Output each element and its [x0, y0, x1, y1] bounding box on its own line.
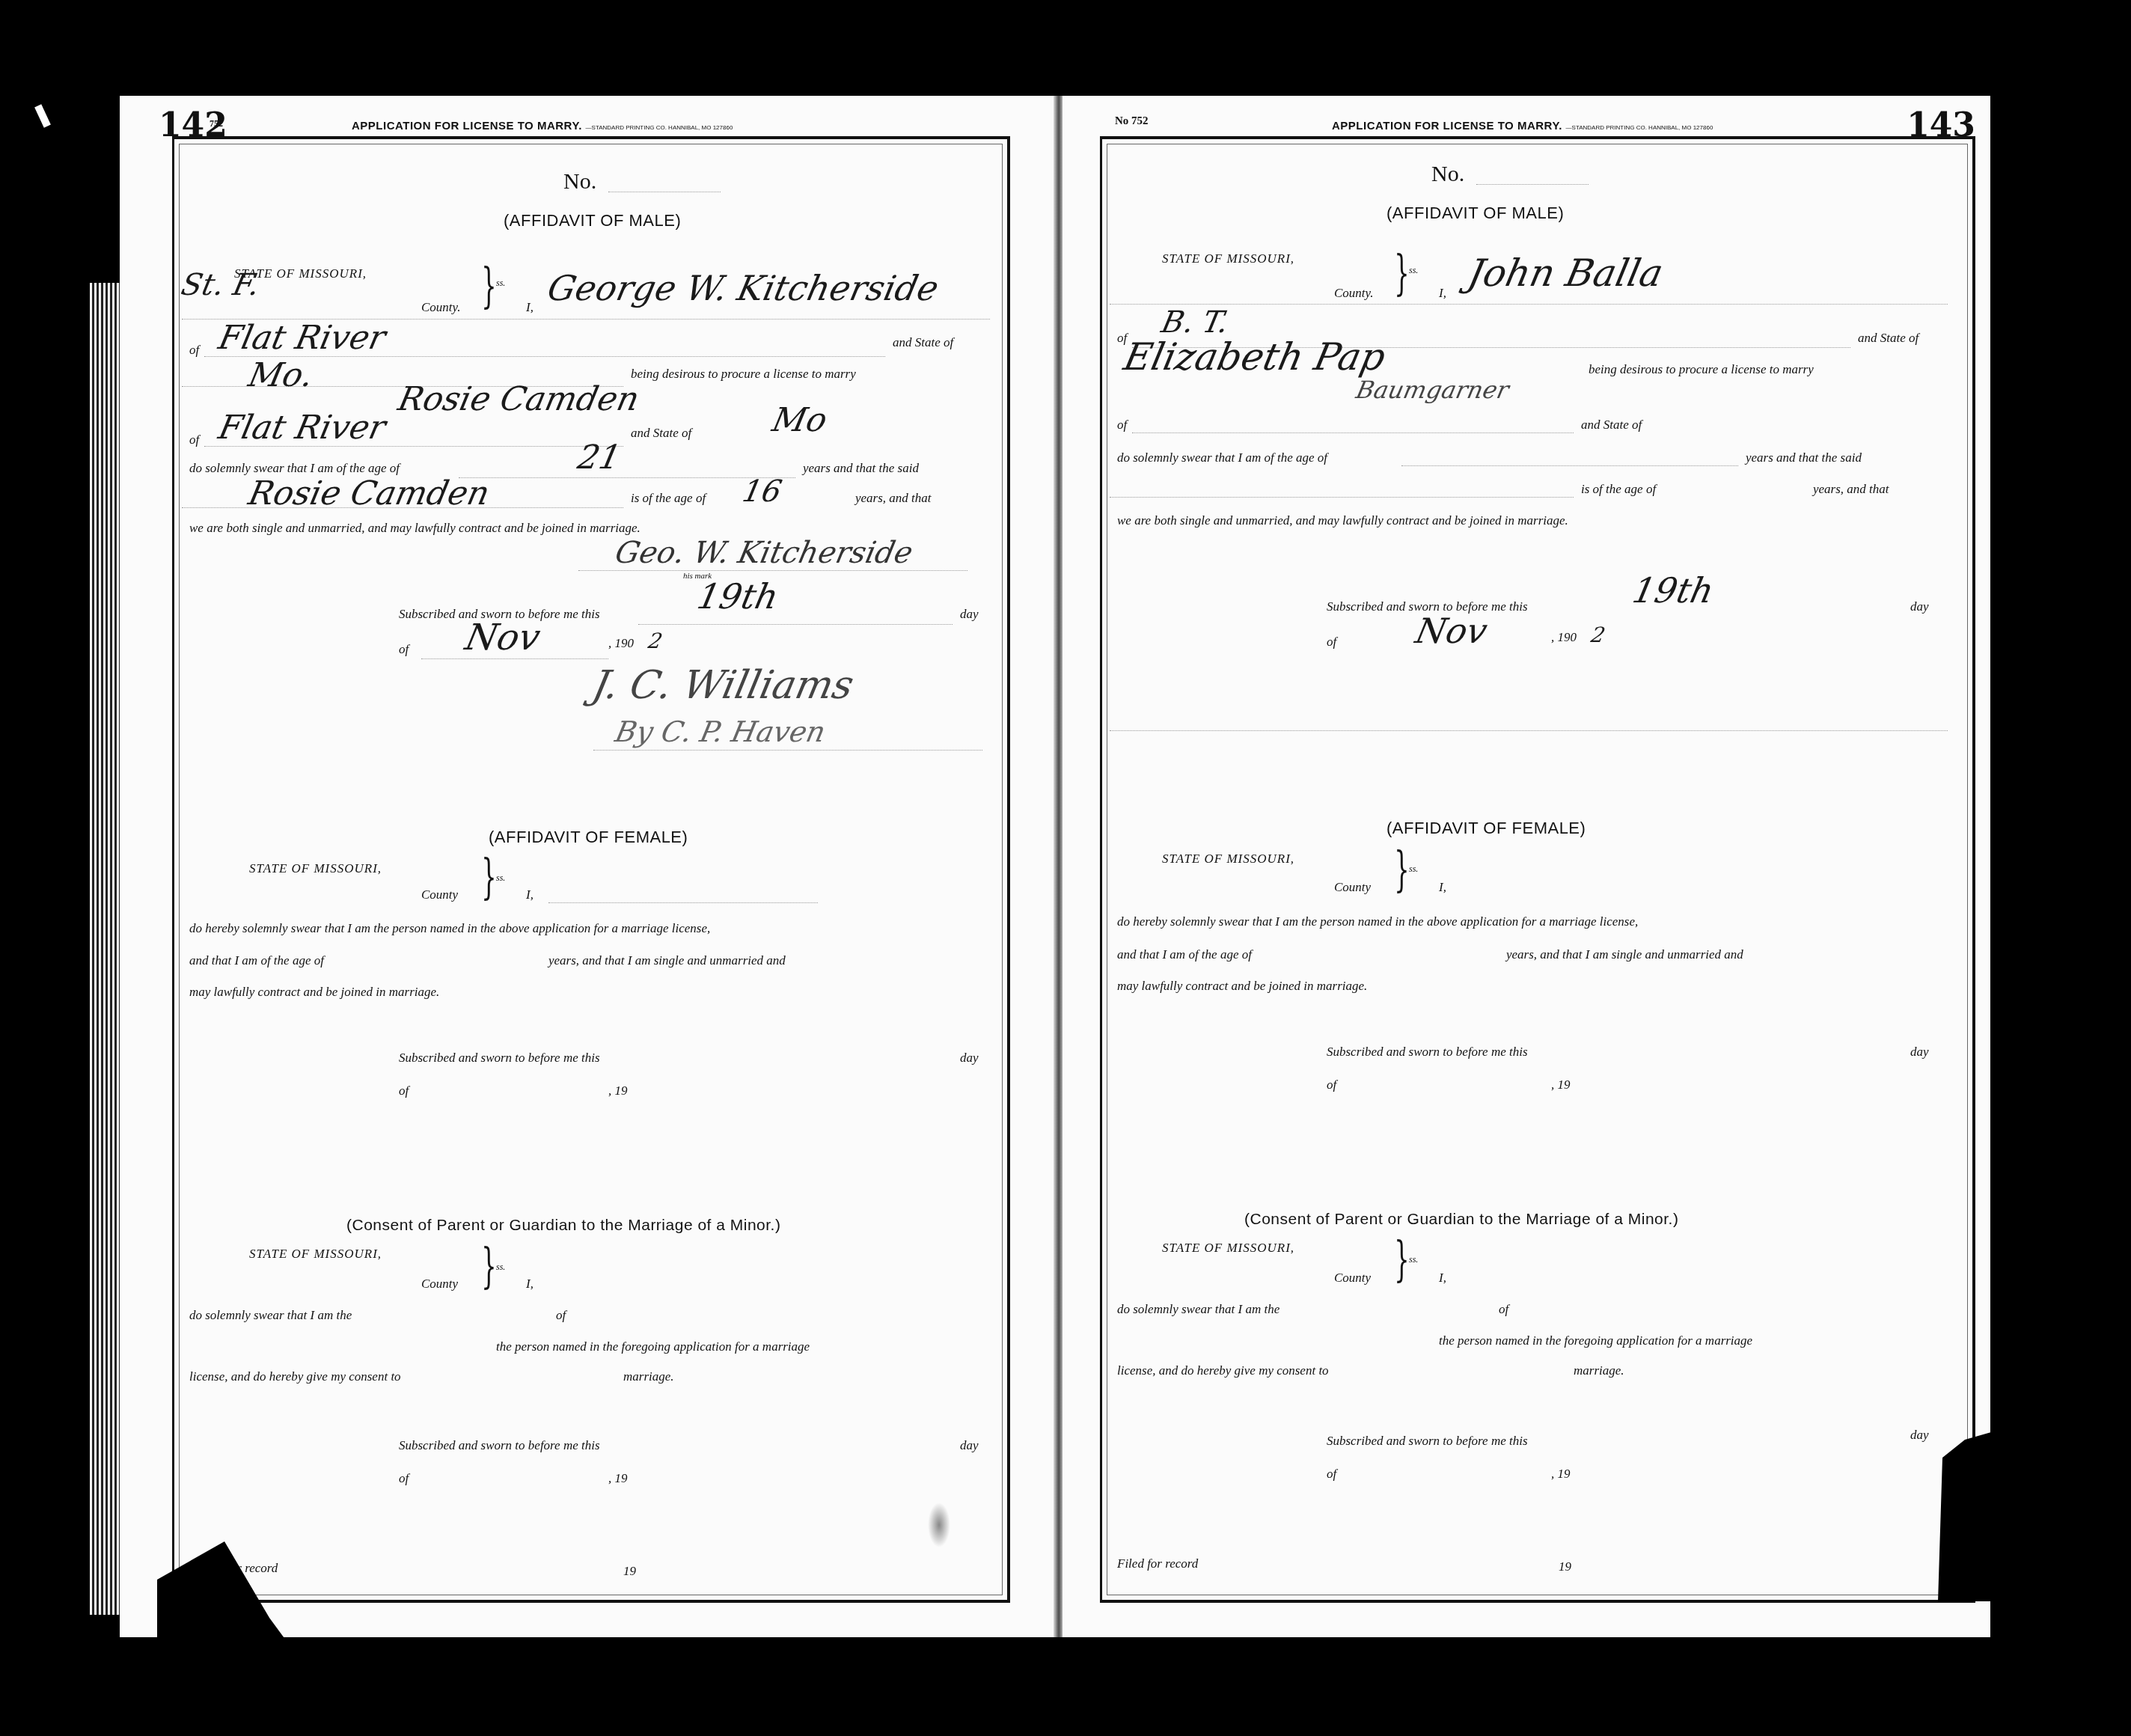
- form-header: APPLICATION FOR LICENSE TO MARRY. —STAND…: [1332, 120, 1713, 132]
- female-line-2b: years, and that I am single and unmarrie…: [1506, 947, 1743, 962]
- year-prefix: , 19: [608, 1084, 628, 1098]
- register-book-spread: 142 752 APPLICATION FOR LICENSE TO MARRY…: [120, 96, 2013, 1637]
- consent-line-3b: marriage.: [623, 1369, 674, 1384]
- printer-line: —STANDARD PRINTING CO. HANNIBAL, MO 1278…: [586, 124, 733, 131]
- of-label: of: [189, 433, 199, 447]
- bride-state: Mo: [769, 401, 831, 439]
- applicant-residence: Flat River: [215, 319, 389, 357]
- is-of-age-label: is of the age of: [1581, 482, 1656, 497]
- form-number-small: 752: [210, 118, 223, 129]
- female-affidavit-heading: (AFFIDAVIT OF FEMALE): [1386, 819, 1586, 838]
- male-affidavit-heading: (AFFIDAVIT OF MALE): [1386, 204, 1564, 223]
- form-frame: No. (AFFIDAVIT OF MALE) STATE OF MISSOUR…: [1100, 136, 1975, 1603]
- bride-name: Elizabeth Pap: [1120, 335, 1389, 379]
- county-label: County: [1334, 880, 1371, 895]
- is-of-age-label: is of the age of: [631, 491, 706, 506]
- county-label: County.: [1334, 286, 1373, 301]
- female-line-1: do hereby solemnly swear that I am the p…: [189, 921, 710, 936]
- brace: }: [1394, 846, 1409, 894]
- consent-line-3b: marriage.: [1574, 1363, 1624, 1378]
- bride-age: 16: [739, 474, 785, 509]
- form-title: APPLICATION FOR LICENSE TO MARRY.: [352, 120, 582, 132]
- county-handwritten: St. F.: [178, 268, 263, 302]
- subscribed-text: Subscribed and sworn to before me this: [1327, 1434, 1528, 1449]
- female-line-3: may lawfully contract and be joined in m…: [189, 985, 439, 1000]
- county-label: County.: [421, 300, 460, 315]
- consent-line-1a: do solemnly swear that I am the: [1117, 1302, 1279, 1317]
- applicant-name: John Balla: [1464, 251, 1667, 295]
- state-label: STATE OF MISSOURI,: [249, 861, 382, 876]
- of-label: of: [1327, 1078, 1336, 1092]
- state-label: STATE OF MISSOURI,: [1162, 1241, 1294, 1256]
- of-label: of: [189, 343, 199, 358]
- printer-line: —STANDARD PRINTING CO. HANNIBAL, MO 1278…: [1566, 124, 1713, 131]
- official-signature: J. C. Williams: [589, 663, 858, 708]
- day-label: day: [960, 1051, 979, 1066]
- swear-age-text: do solemnly swear that I am of the age o…: [189, 461, 400, 476]
- years-and-that-label: years, and that: [1813, 482, 1889, 497]
- sworn-month: Nov: [1412, 611, 1491, 651]
- brace: }: [481, 1243, 496, 1291]
- year-prefix: , 19: [608, 1471, 628, 1486]
- scan-artifact: [34, 104, 51, 127]
- applicant-name: George W. Kitcherside: [544, 268, 942, 308]
- female-line-3: may lawfully contract and be joined in m…: [1117, 979, 1367, 994]
- state-label: STATE OF MISSOURI,: [1162, 852, 1294, 867]
- year-prefix: , 190: [1551, 630, 1577, 645]
- county-label: County: [421, 1277, 458, 1292]
- form-title: APPLICATION FOR LICENSE TO MARRY.: [1332, 120, 1562, 132]
- i-label: I,: [1439, 286, 1446, 301]
- and-state-of-label: and State of: [1581, 418, 1642, 433]
- state-label: STATE OF MISSOURI,: [1162, 251, 1294, 266]
- county-label: County: [1334, 1271, 1371, 1286]
- bride-residence: Flat River: [215, 409, 389, 447]
- i-label: I,: [1439, 1271, 1446, 1286]
- filed-for-record-label: Filed for record: [1117, 1556, 1198, 1571]
- day-label: day: [960, 1438, 979, 1453]
- year-prefix: , 19: [1551, 1078, 1571, 1092]
- i-label: I,: [526, 887, 533, 902]
- consent-line-1a: do solemnly swear that I am the: [189, 1308, 352, 1323]
- county-label: County: [421, 887, 458, 902]
- ss-label: ss.: [1409, 864, 1418, 875]
- applicant-state: Mo.: [245, 356, 317, 394]
- day-label: day: [1910, 1045, 1929, 1060]
- female-line-1: do hereby solemnly swear that I am the p…: [1117, 914, 1638, 929]
- swear-age-text: do solemnly swear that I am of the age o…: [1117, 450, 1327, 465]
- single-text: we are both single and unmarried, and ma…: [1117, 513, 1568, 528]
- record-number-label: No.: [563, 169, 596, 195]
- ss-label: ss.: [496, 278, 505, 289]
- year-prefix: , 19: [1551, 1467, 1571, 1482]
- state-label: STATE OF MISSOURI,: [249, 1247, 382, 1262]
- sworn-day: 19th: [1629, 570, 1717, 611]
- of-label: of: [1327, 1467, 1336, 1482]
- female-line-2a: and that I am of the age of: [1117, 947, 1252, 962]
- consent-line-3a: license, and do hereby give my consent t…: [1117, 1363, 1329, 1378]
- consent-line-2: the person named in the foregoing applic…: [496, 1339, 810, 1354]
- day-label: day: [1910, 1428, 1929, 1443]
- consent-line-1b: of: [1499, 1302, 1508, 1317]
- being-desirous-label: being desirous to procure a license to m…: [631, 367, 856, 382]
- male-age: 21: [575, 438, 625, 477]
- brace: }: [481, 854, 496, 902]
- male-affidavit-heading: (AFFIDAVIT OF MALE): [504, 211, 681, 230]
- years-said-label: years and that the said: [1746, 450, 1862, 465]
- brace: }: [481, 263, 496, 311]
- of-label: of: [399, 1471, 409, 1486]
- form-frame: No. (AFFIDAVIT OF MALE) STATE OF MISSOUR…: [172, 136, 1010, 1603]
- left-page: 142 752 APPLICATION FOR LICENSE TO MARRY…: [120, 96, 1055, 1637]
- and-state-of-label: and State of: [1858, 331, 1918, 346]
- brace: }: [1394, 1236, 1409, 1284]
- years-said-label: years and that the said: [803, 461, 919, 476]
- of-label: of: [399, 1084, 409, 1098]
- right-page: 143 No 752 APPLICATION FOR LICENSE TO MA…: [1063, 96, 1990, 1637]
- ss-label: ss.: [496, 872, 505, 884]
- bride-surname-note: Baumgarner: [1354, 376, 1511, 404]
- page-edges: [90, 283, 120, 1615]
- ss-label: ss.: [1409, 1254, 1418, 1265]
- female-line-2b: years, and that I am single and unmarrie…: [548, 953, 786, 968]
- filed-year-prefix: 19: [1559, 1559, 1571, 1574]
- consent-line-1b: of: [556, 1308, 566, 1323]
- applicant-signature: Geo. W. Kitcherside: [612, 536, 916, 570]
- filed-year-prefix: 19: [623, 1564, 636, 1579]
- form-header: APPLICATION FOR LICENSE TO MARRY. —STAND…: [352, 120, 733, 132]
- and-state-of-label: and State of: [893, 335, 953, 350]
- deputy-signature: By C. P. Haven: [612, 715, 828, 748]
- brace: }: [1394, 250, 1409, 298]
- consent-heading: (Consent of Parent or Guardian to the Ma…: [346, 1217, 780, 1235]
- i-label: I,: [526, 1277, 533, 1292]
- female-affidavit-heading: (AFFIDAVIT OF FEMALE): [489, 828, 688, 847]
- scan-smudge: [928, 1503, 950, 1547]
- years-and-that-label: years, and that: [855, 491, 932, 506]
- being-desirous-label: being desirous to procure a license to m…: [1589, 362, 1814, 377]
- consent-line-3a: license, and do hereby give my consent t…: [189, 1369, 401, 1384]
- ss-label: ss.: [496, 1262, 505, 1273]
- consent-line-2: the person named in the foregoing applic…: [1439, 1333, 1752, 1348]
- of-label: of: [1117, 331, 1127, 346]
- subscribed-text: Subscribed and sworn to before me this: [1327, 1045, 1528, 1060]
- day-label: day: [1910, 599, 1929, 614]
- and-state-of-label: and State of: [631, 426, 691, 441]
- of-label: of: [399, 642, 409, 657]
- female-line-2a: and that I am of the age of: [189, 953, 324, 968]
- record-number-label: No.: [1431, 162, 1464, 187]
- sworn-month: Nov: [462, 617, 544, 658]
- i-label: I,: [526, 300, 533, 315]
- day-label: day: [960, 607, 979, 622]
- of-label: of: [1327, 635, 1336, 650]
- bride-name: Rosie Camden: [395, 380, 643, 418]
- year-prefix: , 190: [608, 636, 634, 651]
- ss-label: ss.: [1409, 265, 1418, 276]
- subscribed-text: Subscribed and sworn to before me this: [399, 1438, 600, 1453]
- i-label: I,: [1439, 880, 1446, 895]
- consent-heading: (Consent of Parent or Guardian to the Ma…: [1244, 1211, 1678, 1229]
- single-text: we are both single and unmarried, and ma…: [189, 521, 640, 536]
- sworn-day: 19th: [694, 576, 782, 617]
- form-number-small: No 752: [1115, 115, 1149, 128]
- subscribed-text: Subscribed and sworn to before me this: [399, 1051, 600, 1066]
- of-label: of: [1117, 418, 1127, 433]
